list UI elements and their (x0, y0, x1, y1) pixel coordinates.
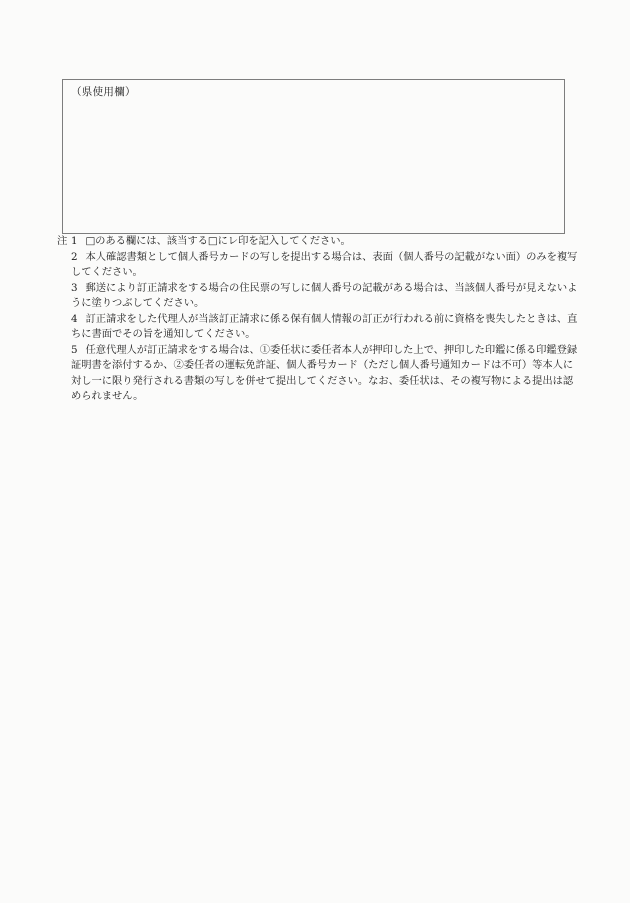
note-line: められません。 (57, 389, 579, 405)
note-text: してください。 (71, 265, 143, 281)
note-text: うに塗りつぶしてください。 (71, 296, 204, 312)
note-text: 郵送により訂正請求をする場合の住民票の写しに個人番号の記載がある場合は、当該個人… (86, 281, 578, 297)
note-line: してください。 (57, 265, 579, 281)
note-text: められません。 (71, 389, 143, 405)
note-text: ちに書面でその旨を通知してください。 (71, 327, 255, 343)
note-line: 4訂正請求をした代理人が当該訂正請求に係る保有個人情報の訂正が行われる前に資格を… (57, 312, 579, 328)
note-line: 注1□のある欄には、該当する□にレ印を記入してください。 (57, 234, 579, 250)
note-number: 4 (71, 312, 86, 328)
note-number: 5 (71, 343, 86, 359)
note-line: ちに書面でその旨を通知してください。 (57, 327, 579, 343)
note-line: 3郵送により訂正請求をする場合の住民票の写しに個人番号の記載がある場合は、当該個… (57, 281, 579, 297)
note-line: うに塗りつぶしてください。 (57, 296, 579, 312)
note-line: 5任意代理人が訂正請求をする場合は、①委任状に委任者本人が押印した上で、押印した… (57, 343, 579, 359)
note-text: 証明書を添付するか、②委任者の運転免許証、個人番号カード（ただし個人番号通知カー… (71, 358, 573, 374)
note-number: 1 (71, 234, 86, 250)
notes-list: 注1□のある欄には、該当する□にレ印を記入してください。2本人確認書類として個人… (57, 234, 579, 405)
note-number: 3 (71, 281, 86, 297)
note-marker: 注 (57, 234, 71, 250)
note-line: 対し一に限り発行される書類の写しを併せて提出してください。なお、委任状は、その複… (57, 374, 579, 390)
note-text: □のある欄には、該当する□にレ印を記入してください。 (86, 234, 351, 250)
note-marker (57, 343, 71, 359)
document-page: （県使用欄） 注1□のある欄には、該当する□にレ印を記入してください。2本人確認… (0, 0, 630, 903)
note-text: 訂正請求をした代理人が当該訂正請求に係る保有個人情報の訂正が行われる前に資格を喪… (86, 312, 578, 328)
note-text: 対し一に限り発行される書類の写しを併せて提出してください。なお、委任状は、その複… (71, 374, 573, 390)
note-text: 本人確認書類として個人番号カードの写しを提出する場合は、表面（個人番号の記載がな… (86, 250, 578, 266)
note-line: 証明書を添付するか、②委任者の運転免許証、個人番号カード（ただし個人番号通知カー… (57, 358, 579, 374)
note-marker (57, 281, 71, 297)
note-number: 2 (71, 250, 86, 266)
prefecture-use-box-label: （県使用欄） (71, 84, 136, 99)
note-line: 2本人確認書類として個人番号カードの写しを提出する場合は、表面（個人番号の記載が… (57, 250, 579, 266)
note-text: 任意代理人が訂正請求をする場合は、①委任状に委任者本人が押印した上で、押印した印… (86, 343, 578, 359)
note-marker (57, 250, 71, 266)
note-marker (57, 312, 71, 328)
prefecture-use-box: （県使用欄） (62, 79, 565, 234)
